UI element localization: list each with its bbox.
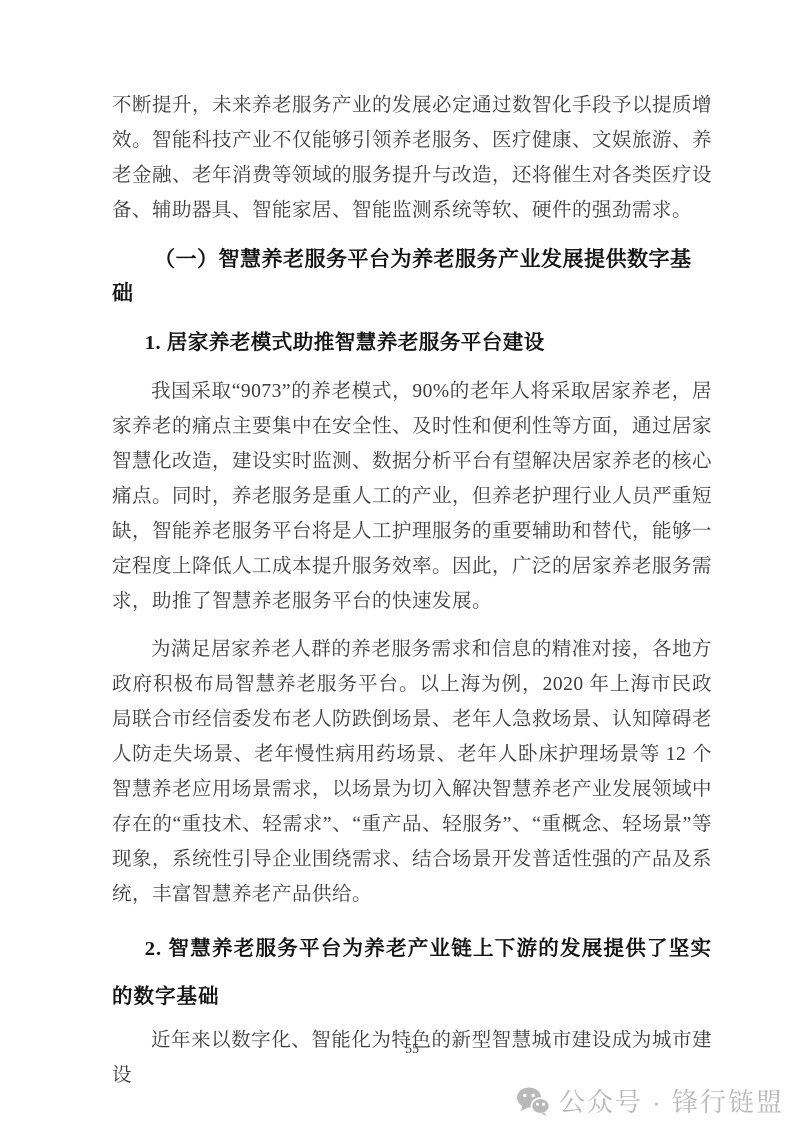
subsection-heading-2: 2. 智慧养老服务平台为养老产业链上下游的发展提供了坚实的数字基础 (112, 925, 712, 1021)
wechat-icon (516, 1086, 550, 1116)
page-number: 55 (112, 1042, 712, 1058)
paragraph-1: 不断提升，未来养老服务产业的发展必定通过数智化手段予以提质增效。智能科技产业不仅… (112, 88, 712, 228)
wechat-watermark: 公众号 · 锋行链盟 (516, 1082, 784, 1119)
document-page: 不断提升，未来养老服务产业的发展必定通过数智化手段予以提质增效。智能科技产业不仅… (0, 0, 800, 1132)
section-heading: （一）智慧养老服务平台为养老服务产业发展提供数字基础 (112, 242, 712, 310)
subsection-heading-1: 1. 居家养老模式助推智慧养老服务平台建设 (112, 326, 712, 360)
paragraph-3: 为满足居家养老人群的养老服务需求和信息的精准对接，各地方政府积极布局智慧养老服务… (112, 632, 712, 912)
paragraph-2: 我国采取“9073”的养老模式，90%的老年人将采取居家养老，居家养老的痛点主要… (112, 374, 712, 619)
document-body: 不断提升，未来养老服务产业的发展必定通过数智化手段予以提质增效。智能科技产业不仅… (112, 88, 712, 1106)
wechat-label: 公众号 · 锋行链盟 (559, 1082, 784, 1119)
